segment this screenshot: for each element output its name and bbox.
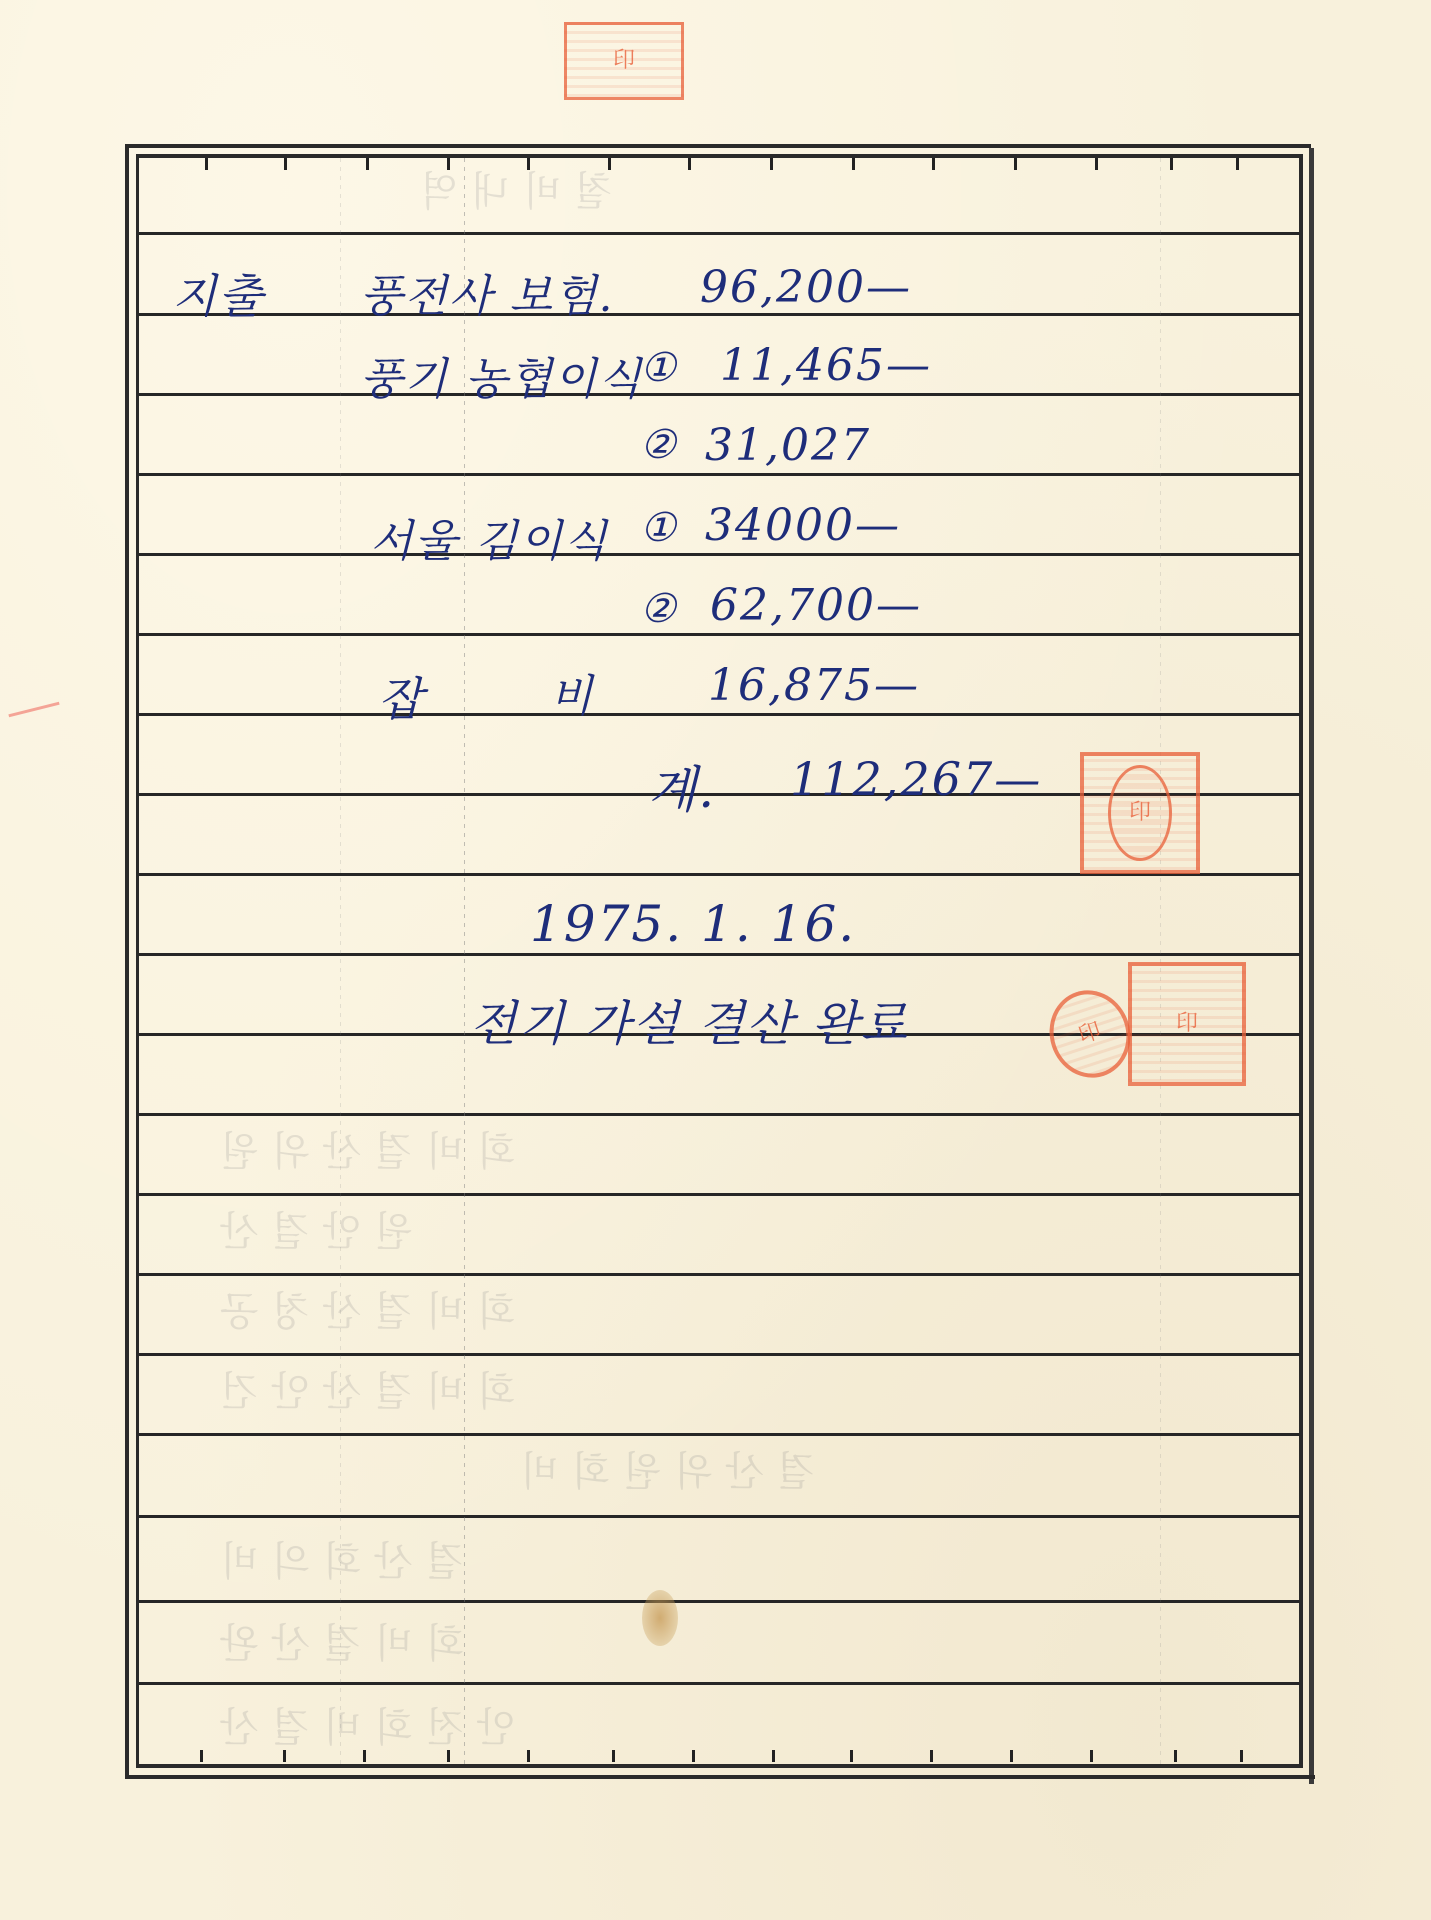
rule-line — [139, 633, 1300, 636]
column-guide-faint-right — [1160, 158, 1161, 1764]
rule-line — [139, 232, 1300, 235]
entry-description: 풍전사 보험. — [360, 260, 615, 324]
entry-amount: 16,875— — [708, 660, 920, 711]
total-approval-stamp-inner: 印 — [1108, 765, 1172, 861]
tick — [205, 158, 208, 170]
rule-line — [139, 313, 1300, 316]
entry-amount: 31,027 — [705, 420, 871, 471]
tick — [772, 1750, 775, 1762]
header-seal-glyph: 印 — [613, 49, 635, 73]
entry-category: 잡 — [378, 663, 424, 729]
tick — [852, 158, 855, 170]
frame-outer-right-border — [1309, 148, 1314, 1784]
water-stain — [642, 1590, 678, 1646]
entry-amount: 34000— — [705, 500, 901, 551]
tick — [1170, 158, 1173, 170]
tick — [932, 158, 935, 170]
tick — [1240, 1750, 1243, 1762]
rule-line — [139, 953, 1300, 956]
rule-line — [139, 393, 1300, 396]
tick — [527, 1750, 530, 1762]
tick — [1174, 1750, 1177, 1762]
frame-inner-right-border — [1299, 154, 1303, 1768]
rule-line — [139, 1273, 1300, 1276]
entry-item-number: ② — [640, 422, 678, 468]
tick — [1010, 1750, 1013, 1762]
stamp-glyph: 印 — [1176, 1012, 1198, 1036]
bleed-row: 회 비 결 산 위 원 — [220, 1120, 515, 1177]
rule-line — [139, 1515, 1300, 1518]
entry-description: 풍기 농협이식 — [360, 343, 643, 407]
column-guide-faint — [340, 158, 341, 1764]
tick — [850, 1750, 853, 1762]
frame-outer-bottom-border — [125, 1775, 1315, 1779]
tick — [366, 158, 369, 170]
tick — [1090, 1750, 1093, 1762]
rule-line — [139, 1353, 1300, 1356]
frame-inner-left-border — [136, 154, 139, 1768]
frame-outer-top-border — [125, 144, 1311, 148]
entry-item-number: ① — [640, 505, 678, 551]
entry-item-number: ② — [640, 586, 678, 632]
entry-description: 서울 김이식 — [370, 505, 609, 569]
bleed-row: 결 산 위 원 회 비 — [520, 1440, 815, 1497]
tick — [930, 1750, 933, 1762]
stamp-glyph: 印 — [1129, 801, 1151, 825]
rule-line — [139, 1113, 1300, 1116]
settlement-date: 1975. 1. 16. — [530, 895, 856, 953]
entry-description: 비 — [550, 660, 595, 724]
round-signature-stamp: 印 — [1038, 980, 1141, 1088]
rule-line — [139, 1433, 1300, 1436]
red-ink-mark — [8, 702, 59, 717]
bleed-row: 회 비 결 산 안 건 — [220, 1360, 515, 1417]
tick — [692, 1750, 695, 1762]
total-approval-stamp: 印 — [1080, 752, 1200, 874]
bleed-row: 결 산 회 의 비 — [220, 1530, 464, 1587]
entry-amount: 96,200— — [700, 262, 912, 313]
total-label: 계. — [648, 750, 716, 822]
bleed-row: 원 안 결 산 — [220, 1200, 413, 1257]
entry-amount: 62,700— — [710, 580, 922, 631]
bleed-row: 안 전 회 비 결 산 — [220, 1696, 515, 1753]
settlement-note: 전기 가설 결산 완료 — [470, 985, 909, 1054]
rule-line — [139, 1682, 1300, 1685]
tick — [1014, 158, 1017, 170]
tick — [612, 1750, 615, 1762]
rule-line — [139, 473, 1300, 476]
square-signature-stamp: 印 — [1128, 962, 1246, 1086]
rule-line — [139, 553, 1300, 556]
tick — [688, 158, 691, 170]
tick — [770, 158, 773, 170]
frame-inner-bottom-border — [136, 1764, 1303, 1768]
rule-line — [139, 1600, 1300, 1603]
entry-item-number: ① — [640, 345, 678, 391]
stamp-glyph: 印 — [1076, 1019, 1104, 1049]
header-seal-stamp: 印 — [564, 22, 684, 100]
bleed-row: 철 비 내 역 — [420, 160, 613, 217]
bleed-row: 회 비 결 산 완 — [220, 1612, 464, 1669]
frame-inner-top-border — [136, 154, 1300, 158]
entry-amount: 11,465— — [720, 340, 932, 391]
tick — [200, 1750, 203, 1762]
bleed-row: 회 비 결 산 청 공 — [220, 1280, 515, 1337]
rule-line — [139, 1193, 1300, 1196]
rule-line — [139, 713, 1300, 716]
entry-category: 지출 — [172, 260, 265, 326]
tick — [1095, 158, 1098, 170]
frame-outer-left-border — [125, 144, 129, 1778]
tick — [284, 158, 287, 170]
tick — [1236, 158, 1239, 170]
total-amount: 112,267— — [790, 752, 1042, 806]
